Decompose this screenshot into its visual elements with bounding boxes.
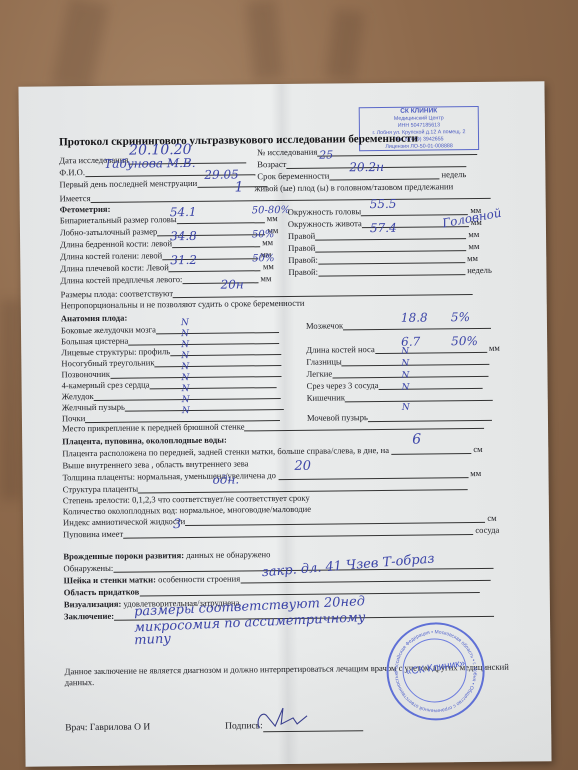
afi-unit: см [487, 513, 496, 523]
study-no-label: № исследования [257, 147, 317, 158]
anatomy-label: Кишечник [307, 392, 345, 402]
anatomy-label: Глазницы [306, 356, 341, 366]
anatomy-label: Мозжечок [306, 320, 343, 330]
fetometry-value-line [315, 250, 466, 253]
anatomy-label: Длина костей носа [306, 344, 375, 355]
fetometry-value: 31.2 [170, 254, 197, 266]
anatomy-value: N [182, 396, 190, 405]
fetometry-label: Окружность головы [288, 206, 361, 217]
fetometry-note: 50-80% [252, 206, 290, 216]
anatomy-value: N [402, 384, 410, 393]
anatomy-value: N [181, 319, 189, 328]
anatomy-value: N [401, 372, 409, 381]
signature-scribble [253, 702, 313, 733]
visual-label: Визуализация: [64, 599, 122, 610]
disproportion-text: Непропорциональны и не позволяют судить … [61, 299, 305, 310]
defects-text: данных не обнаружено [186, 549, 270, 560]
anatomy-row-left: Желудок [62, 390, 281, 401]
anatomy-value-line [125, 409, 284, 412]
anatomy-row-left: Боковые желудочки мозга [61, 324, 279, 335]
document-paper: СК КЛИНИК Медицинский Центр ИНН 50471856… [18, 81, 551, 766]
fetometry-value-line [318, 274, 465, 277]
anatomy-value: N [181, 330, 189, 339]
anatomy-label: Срез через 3 сосуда [307, 380, 379, 391]
term-label: Срок беременности [257, 171, 329, 182]
placenta-os-label: Выше внутреннего зева , область внутренн… [62, 459, 248, 470]
fetometry-unit: недель [467, 265, 492, 275]
anatomy-unit: мм [489, 343, 500, 353]
attachment-label: Место прикрепление к передней брюшной ст… [62, 421, 245, 433]
age-label: Возраст [257, 159, 286, 169]
fetometry-unit: мм [468, 229, 479, 239]
fetometry-row-left: Бипариетальный размер головы мм [60, 214, 278, 225]
sizes-label: Размеры плода: соответствуют [61, 288, 174, 299]
anatomy-value: 18.8 [401, 312, 428, 324]
anatomy-row-left: Носогубный треугольник [61, 357, 281, 368]
fetometry-value-line [315, 238, 466, 241]
fetometry-label: Бипариетальный размер головы [60, 214, 177, 225]
placenta-structure-value: одн. [213, 473, 240, 485]
fetometry-label: Длина плечевой кости: Левой [60, 262, 169, 273]
anatomy-value-line [150, 387, 277, 389]
conclusion-line-3: типу [134, 633, 171, 648]
anatomy-value-line [345, 399, 493, 402]
anatomy-label: Носогубный треугольник [61, 357, 154, 368]
placenta-thickness-unit: мм [470, 468, 481, 478]
fetometry-unit: мм [468, 241, 479, 251]
fetometry-value: 34.8 [170, 230, 197, 242]
cord-value: 3 [173, 518, 181, 531]
anatomy-label: Почки [62, 413, 85, 423]
fetometry-value: 54.1 [170, 206, 197, 218]
anatomy-row-left: Позвоночник [61, 368, 281, 379]
anatomy-row-right: Кишечник [307, 392, 493, 403]
fetometry-label: Правой [288, 231, 315, 241]
anatomy-value: N [181, 352, 189, 361]
amniotic-fluid-label: Количество околоплодных вод: нормальное,… [63, 505, 311, 516]
anatomy-row-left: Желчный пузырь [62, 401, 284, 412]
fetometry-note: 50% [252, 254, 274, 264]
anatomy-value: N [182, 407, 190, 416]
anatomy-value-line [128, 343, 279, 346]
fetometry-label: Длина бедренной кости: левой [60, 238, 172, 249]
anatomy-value: N [181, 363, 189, 372]
anatomy-value: N [181, 341, 189, 350]
anatomy-value: N [181, 374, 189, 383]
placenta-location-label: Плацента расположена по передней, задней… [62, 445, 389, 458]
fetometry-row-right: Правой: недель [288, 266, 492, 277]
adnexa-label: Область придатков [64, 587, 140, 598]
name-label: Ф.И.О. [59, 167, 85, 177]
fetometry-row-left: Длина костей голени: левой мм [60, 250, 271, 261]
placenta-thickness-label: Толщина плаценты: нормальная, уменьшена/… [62, 470, 275, 482]
fetometry-note: 50% [252, 230, 274, 240]
anatomy-label: Желчный пузырь [62, 402, 125, 413]
fetometry-row-left: Длина бедренной кости: левой мм [60, 238, 273, 249]
age-value: 25 [319, 149, 333, 160]
found-label: Обнаружены: [63, 563, 113, 574]
anatomy-value-line [110, 376, 281, 379]
defects-label: Врожденные пороки развития: [63, 550, 184, 561]
anatomy-value-line [155, 365, 282, 367]
anatomy-value-line [332, 375, 488, 378]
fetometry-value: 57.4 [370, 222, 397, 234]
anatomy-row-left: Большая цистерна [61, 335, 279, 346]
anatomy-note: 5% [451, 311, 470, 323]
anatomy-label: Позвоночник [61, 369, 110, 380]
fetometry-label: Правой [288, 243, 315, 253]
fetometry-row-left: Длина плечевой кости: Левой мм [60, 262, 274, 273]
anatomy-note: 50% [451, 335, 478, 347]
cord-unit: сосуда [475, 525, 499, 535]
cord-label: Пуповина имеет [63, 529, 123, 540]
anatomy-row-left: 4-камерный срез сердца [62, 379, 277, 390]
fetometry-label: Длина костей предплечья левого: [60, 274, 182, 285]
fetometry-row-right: Правой: мм [288, 254, 478, 265]
anatomy-label: Лицевые структуры: профиль [61, 346, 170, 357]
anatomy-heading: Анатомия плода: [61, 314, 127, 323]
round-stamp: Российская Федерация • Московская област… [386, 622, 485, 721]
fetometry-unit: мм [260, 273, 271, 283]
placenta-heading: Плацента, пуповина, околоплодные воды: [62, 436, 227, 446]
fetometry-label: Лобно-затылочный размер [60, 226, 157, 237]
fetometry-value: 55.5 [370, 198, 397, 210]
anatomy-value: N [402, 404, 410, 413]
anatomy-label: Желудок [62, 391, 94, 401]
fetometry-row-right: Правой мм [288, 242, 479, 253]
anatomy-value: N [401, 360, 409, 369]
cervix-text: особенности строения [158, 573, 240, 584]
fetometry-unit: мм [467, 253, 478, 263]
fetometry-label: Окружность живота [288, 218, 362, 229]
anatomy-label: Легкие [306, 369, 332, 379]
sizes-value: 20н [220, 278, 243, 290]
placenta-location-value: 6 [412, 433, 421, 447]
anatomy-value-line [156, 332, 279, 334]
anatomy-row-right: Легкие [306, 368, 488, 378]
anatomy-row-left: Лицевые структуры: профиль [61, 346, 281, 357]
anatomy-value: N [182, 385, 190, 394]
placenta-location-unit: см [473, 444, 482, 454]
fetometry-heading: Фетометрия: [60, 205, 111, 214]
term-value: 20.2н [349, 161, 384, 173]
cervix-label: Шейка и стенки матки: [64, 574, 156, 585]
fetometry-label: Правой: [288, 255, 318, 265]
placenta-thickness-value: 20 [294, 460, 311, 473]
anatomy-label: Большая цистерна [61, 336, 128, 347]
anatomy-value: N [401, 348, 409, 357]
anatomy-label: Боковые желудочки мозга [61, 324, 156, 335]
anatomy-row-right: Срез через 3 сосуда [307, 380, 483, 390]
anatomy-value-line [375, 351, 487, 353]
fetometry-label: Длина костей голени: левой [60, 250, 162, 261]
placenta-structure-label: Структура плаценты [63, 484, 139, 495]
fetometry-value-line [169, 270, 261, 272]
term-unit: недель [441, 169, 466, 179]
anatomy-label: 4-камерный срез сердца [62, 379, 150, 390]
anatomy-row-right: Глазницы [306, 356, 489, 367]
fetometry-value-line [172, 246, 260, 248]
afi-label: Индекс амниотической жидкости [63, 516, 185, 527]
anatomy-value-line [343, 327, 491, 330]
has-label: Имеется [60, 193, 91, 203]
fetometry-value-line [318, 262, 465, 265]
conclusion-label: Заключение: [64, 611, 114, 622]
name-value: Табунова М.В. [104, 157, 195, 170]
fetometry-label: Правой: [288, 267, 318, 277]
fetometry-value-line [177, 222, 265, 224]
lmp-label: Первый день последней менструации [59, 178, 197, 189]
doctor-label: Врач: Гаврилова О И [65, 723, 150, 733]
anatomy-value-line [342, 363, 490, 366]
anatomy-value-line [378, 388, 482, 390]
